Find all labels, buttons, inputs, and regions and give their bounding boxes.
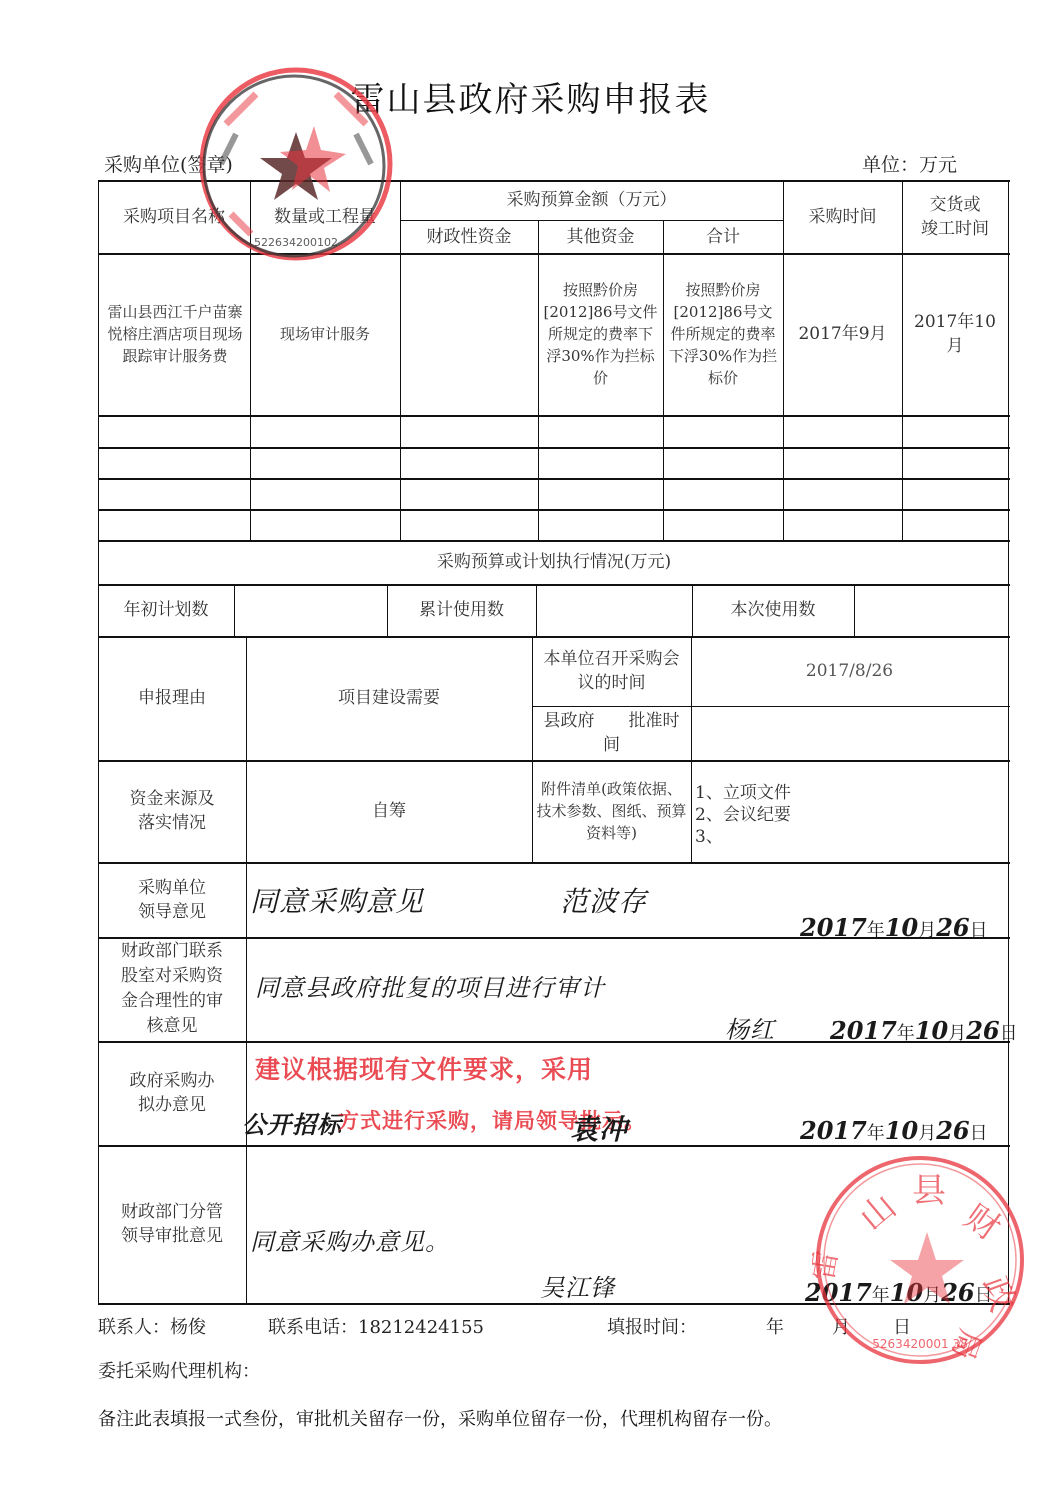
header-other-funds: 其他资金	[538, 220, 663, 253]
header-total: 合计	[663, 220, 783, 253]
header-quantity: 数量或工程量	[250, 180, 400, 253]
meeting-time-label: 本单位召开采购会议的时间	[532, 636, 691, 706]
handwritten-method: 公开招标	[242, 1105, 342, 1140]
fill-time-year-unit: 年	[766, 1313, 784, 1339]
item-fiscal-funds	[400, 253, 538, 415]
opinion-label-finance-leader: 财政部门分管 领导审批意见	[98, 1145, 246, 1303]
handwritten-signature: 袁冲	[570, 1108, 628, 1148]
cumulative-label: 累计使用数	[387, 584, 536, 636]
handwritten-signature: 范波存	[560, 880, 647, 920]
opinion-date: 2017年10月26日	[800, 913, 988, 942]
opinion-label-procurement-office: 政府采购办 拟办意见	[98, 1041, 246, 1145]
opinion-date: 2017年10月26日	[830, 1016, 1018, 1045]
attachments-list: 1、立项文件 2、会议纪要 3、	[695, 782, 995, 848]
handwritten-opinion: 同意县政府批复的项目进行审计	[255, 968, 605, 1003]
cumulative-value	[536, 584, 692, 636]
svg-text:山: 山	[852, 1186, 904, 1238]
attachment-item: 1、立项文件	[695, 782, 995, 804]
fill-time-label: 填报时间：	[607, 1313, 697, 1339]
item-quantity: 现场审计服务	[250, 253, 400, 415]
opinion-date: 2017年10月26日	[800, 1116, 988, 1145]
contact-phone: 联系电话：18212424155	[268, 1313, 484, 1339]
meeting-time-value: 2017/8/26	[691, 636, 1008, 706]
item-project-name: 雷山县西江千户苗寨悦榕庄酒店项目现场跟踪审计服务费	[100, 253, 250, 415]
item-other-funds: 按照黔价房[2012]86号文件所规定的费率下浮30%作为拦标价	[538, 253, 663, 415]
annual-plan-value	[234, 584, 387, 636]
reason-value: 项目建设需要	[246, 636, 532, 760]
svg-text:财: 财	[957, 1197, 1008, 1249]
agency-label: 委托采购代理机构：	[98, 1357, 260, 1383]
svg-text:局: 局	[944, 1324, 987, 1364]
svg-text:县: 县	[912, 1171, 946, 1211]
annual-plan-label: 年初计划数	[98, 584, 234, 636]
handwritten-opinion: 同意采购意见	[250, 880, 424, 920]
item-purchase-time: 2017年9月	[783, 253, 902, 415]
footer-note: 备注此表填报一式叁份，审批机关留存一份，采购单位留存一份，代理机构留存一份。	[98, 1405, 782, 1431]
stamped-opinion-line1: 建议根据现有文件要求，采用	[255, 1050, 593, 1086]
svg-text:5263420001 38: 5263420001 38	[872, 1337, 967, 1351]
page-title: 雷山县政府采购申报表	[0, 72, 1061, 121]
item-delivery-time: 2017年10月	[902, 253, 1008, 415]
reason-label: 申报理由	[98, 636, 246, 760]
header-fiscal-funds: 财政性资金	[400, 220, 538, 253]
funding-label: 资金来源及 落实情况	[98, 760, 246, 862]
contact-person: 联系人：杨俊	[98, 1313, 206, 1339]
approval-time-value	[691, 706, 1008, 760]
handwritten-signature: 吴江锋	[540, 1268, 615, 1303]
unit-label: 单位：万元	[862, 150, 957, 177]
attachment-item: 2、会议纪要	[695, 804, 995, 826]
handwritten-signature: 杨红	[725, 1010, 775, 1045]
header-purchase-time: 采购时间	[783, 180, 902, 253]
opinion-label-finance-liaison: 财政部门联系 股室对采购资 金合理性的审 核意见	[98, 937, 246, 1041]
header-budget-group: 采购预算金额（万元）	[400, 180, 783, 220]
execution-section-title: 采购预算或计划执行情况(万元)	[98, 540, 1010, 584]
unit-seal-label: 采购单位(签章)	[104, 150, 233, 177]
funding-value: 自筹	[246, 760, 532, 862]
item-total: 按照黔价房[2012]86号文件所规定的费率下浮30%作为拦标价	[663, 253, 783, 415]
fill-time-day-unit: 日	[893, 1313, 911, 1339]
header-project-name: 采购项目名称	[98, 180, 250, 253]
approval-time-label: 县政府 批准时间	[532, 706, 691, 760]
header-delivery-time: 交货或 竣工时间	[902, 180, 1008, 253]
attachments-label: 附件清单(政策依据、技术参数、图纸、预算资料等)	[532, 760, 691, 862]
current-value	[854, 584, 1008, 636]
opinion-label-unit-leader: 采购单位 领导意见	[98, 862, 246, 937]
attachment-item: 3、	[695, 826, 995, 848]
current-label: 本次使用数	[692, 584, 854, 636]
fill-time-month-unit: 月	[832, 1313, 850, 1339]
opinion-date: 2017年10月26日	[805, 1278, 993, 1307]
handwritten-opinion: 同意采购办意见。	[250, 1222, 450, 1257]
